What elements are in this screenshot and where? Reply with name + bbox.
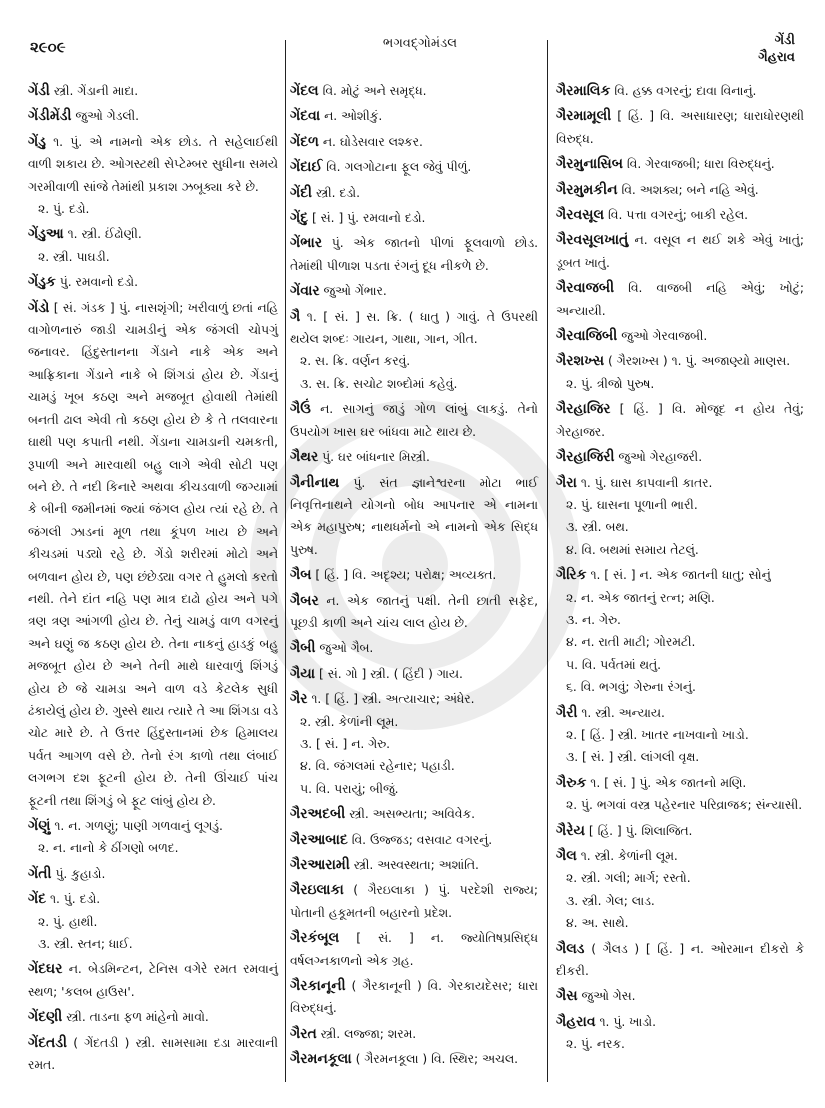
entry-headword: ગૈરમુનાસિબ (556, 156, 623, 172)
dictionary-entry: ગેંડુક પું. રમવાનો દડો. (28, 271, 278, 293)
entry-sub-sense: ૨. પું. ભગવાં વસ્ત્ર પહેરનાર પરિવ્રાજક; … (556, 794, 804, 816)
dictionary-entry: ગૈરમુનાસિબ વિ. ગેરવાજબી; ધારા વિરુદ્ધનું… (556, 153, 804, 175)
entry-definition: જુઓ ગેંભાર. (324, 284, 387, 298)
entry-sub-sense: ૨. પું. નરક. (556, 1033, 804, 1055)
entry-headword: ગૈરમુમકીન (556, 182, 618, 198)
dictionary-entry: ગેંભાર પું. એક જાતનો પીળાં ફૂલવાળો છોડ. … (290, 232, 538, 277)
entry-headword: ગેંદણી (28, 1009, 62, 1025)
entry-main-line: ગેંદુ [ સં. ] પું. રમવાનો દડો. (290, 207, 538, 229)
dictionary-entry: ગેંડી સ્ત્રી. ગેંડાની માદા. (28, 80, 278, 102)
entry-sub-sense: ૩. સ્ત્રી. ગેલ; લાડ. (556, 890, 804, 912)
entry-definition: ( ગૈરમનકૂલા ) વિ. સ્થિર; અચલ. (356, 1052, 518, 1066)
entry-definition: ન. ઓશીકું. (324, 109, 382, 123)
entry-headword: ગૈરહાજિર (556, 401, 611, 417)
dictionary-entry: ગૈસ જુઓ ગેસ. (556, 985, 804, 1007)
entry-main-line: ગેંવાર જુઓ ગેંભાર. (290, 280, 538, 302)
entry-main-line: ગેંડો [ સં. ગંડક ] પું. નાસશૃંગી; ખરીવાળ… (28, 297, 278, 812)
entry-headword: ગેંદ (28, 891, 46, 907)
entry-headword: ગૈરમનકૂલા (290, 1051, 352, 1067)
entry-headword: ગેંડુઆ (28, 226, 64, 242)
dictionary-entry: ગૈરઆબાદ વિ. ઉજ્જડ; વસવાટ વગરનું. (290, 829, 538, 851)
entry-definition: ૧. સ્ત્રી. કેળાંની લૂમ. (581, 849, 678, 863)
entry-headword: ગૈરવસૂલ (556, 207, 604, 223)
entry-definition: વિ. ઉજ્જડ; વસવાટ વગરનું. (352, 833, 493, 847)
entry-main-line: ગૈલડ ( ગૈલડ ) [ હિં. ] ન. ઓરમાન દીકરો કે… (556, 938, 804, 983)
entry-definition: જુઓ ગેરહાજરી. (618, 450, 702, 464)
entry-definition: પું. કુહાડો. (55, 867, 105, 881)
dictionary-entry: ગૈબર ન. એક જાતનું પક્ષી. તેની છાતી સફેદ,… (290, 590, 538, 635)
entry-main-line: ગૈરમાલિક વિ. હક્ક વગરનું; દાવા વિનાનું. (556, 80, 804, 102)
entry-main-line: ગૈસ જુઓ ગેસ. (556, 985, 804, 1007)
entry-main-line: ગૈથર પું. ઘર બાંધનાર મિસ્ત્રી. (290, 446, 538, 468)
dictionary-entry: ગૈર ૧. [ હિં. ] સ્ત્રી. અત્યાચાર; અંધેર.… (290, 688, 538, 800)
dictionary-entry: ગેંવાર જુઓ ગેંભાર. (290, 280, 538, 302)
dictionary-entry: ગૈરમાલિક વિ. હક્ક વગરનું; દાવા વિનાનું. (556, 80, 804, 102)
entry-headword: ગૈયા (290, 666, 315, 682)
entry-definition: ૧. [ સં. ] સ. ક્રિ. ( ધાતુ ) ગાવું. તે ઉ… (290, 310, 538, 346)
entry-definition: સ્ત્રી. અસભ્યતા; અવિવેક. (349, 807, 475, 821)
dictionary-entry: ગેંદી સ્ત્રી. દડો. (290, 182, 538, 204)
entry-headword: ગેંદળ (290, 134, 319, 150)
entry-headword: ગૈસ (556, 988, 578, 1004)
dictionary-entry: ગૈરિક ૧. [ સં. ] ન. એક જાતની ધાતુ; સોનું… (556, 564, 804, 698)
dictionary-entry: ગેંદણી સ્ત્રી. તાડના ફળ માંહેનો માવો. (28, 1006, 278, 1028)
entry-main-line: ગેંતી પું. કુહાડો. (28, 863, 278, 885)
entry-sub-sense: ૪. વિ. જંગલમાં રહેનાર; પહાડી. (290, 755, 538, 777)
entry-headword: ગૈર (290, 691, 307, 707)
entry-definition: ૧. ન. ગળણું; પાણી ગળવાનું લૂગડું. (54, 819, 223, 833)
entry-headword: ગૈરઅદબી (290, 806, 345, 822)
entry-definition: ૧. પું. એ નામનો એક છોડ. તે સહેલાઈથી વાળી… (28, 135, 278, 194)
column-2: ગેંદલ વિ. મોટું અને સમૃદ્ધ.ગેંદવા ન. ઓશી… (290, 80, 538, 1074)
column-3: ગૈરમાલિક વિ. હક્ક વગરનું; દાવા વિનાનું.ગ… (556, 80, 804, 1059)
entry-main-line: ગૈરિક ૧. [ સં. ] ન. એક જાતની ધાતુ; સોનું (556, 564, 804, 586)
entry-headword: ગેંદુ (290, 210, 308, 226)
entry-definition: વિ. હક્ક વગરનું; દાવા વિનાનું. (614, 84, 756, 98)
entry-headword: ગૈનીનાથ (290, 475, 339, 491)
entry-sub-sense: ૩. સ્ત્રી. બથ. (556, 516, 804, 538)
dictionary-entry: ગેંણું ૧. ન. ગળણું; પાણી ગળવાનું લૂગડું.… (28, 815, 278, 860)
entry-main-line: ગેંદી સ્ત્રી. દડો. (290, 182, 538, 204)
entry-headword: ગૈરશખ્સ (556, 353, 604, 369)
dictionary-entry: ગૈરા ૧. પું. ઘાસ કાપવાની કાતર.૨. પું. ઘા… (556, 472, 804, 562)
entry-main-line: ગૈહરાવ ૧. પું. ખાડો. (556, 1011, 804, 1033)
entry-definition: ન. એક જાતનું પક્ષી. તેની છાતી સફેદ, પૂછડ… (290, 594, 538, 630)
dictionary-entry: ગૈરઆરામી સ્ત્રી. અસ્વસ્થતા; અશાંતિ. (290, 854, 538, 876)
entry-main-line: ગેંદળ ન. ઘોડેસવાર લશ્કર. (290, 131, 538, 153)
dictionary-entry: ગેંદળ ન. ઘોડેસવાર લશ્કર. (290, 131, 538, 153)
entry-sub-sense: ૩. ન. ગેરુ. (556, 609, 804, 631)
column-1: ગેંડી સ્ત્રી. ગેંડાની માદા.ગેંડીમેંડી જુ… (28, 80, 278, 1079)
entry-definition: વિ. ગલગોટાના ફૂલ જેવું પીળું. (326, 160, 471, 174)
dictionary-entry: ગૈરમામૂલી [ હિં. ] વિ. અસાધારણ; ધારાધોરણ… (556, 105, 804, 150)
entry-headword: ગૈબર (290, 593, 319, 609)
dictionary-entry: ગેંદુ [ સં. ] પું. રમવાનો દડો. (290, 207, 538, 229)
entry-headword: ગૈરઆબાદ (290, 832, 348, 848)
entry-main-line: ગૈરકાનૂની ( ગૈરકાનૂની ) વિ. ગેરકાયદેસર; … (290, 975, 538, 1020)
entry-main-line: ગૈનીનાથ પું. સંત જ્ઞાનેશ્વરના મોટા ભાઈ ન… (290, 472, 538, 562)
entry-definition: ૧. [ સં. ] ન. એક જાતની ધાતુ; સોનું (590, 568, 770, 582)
entry-definition: વિ. ગેરવાજબી; ધારા વિરુદ્ધનું. (627, 157, 775, 171)
entry-main-line: ગૈરુક ૧. [ સં. ] પું. એક જાતનો મણિ. (556, 772, 804, 794)
dictionary-entry: ગેંડો [ સં. ગંડક ] પું. નાસશૃંગી; ખરીવાળ… (28, 297, 278, 812)
entry-main-line: ગેંડી સ્ત્રી. ગેંડાની માદા. (28, 80, 278, 102)
entry-sub-sense: ૨. પું. હાથી. (28, 911, 278, 933)
entry-headword: ગેંભાર (290, 235, 322, 251)
entry-main-line: ગૈરઆબાદ વિ. ઉજ્જડ; વસવાટ વગરનું. (290, 829, 538, 851)
entry-headword: ગેંદલ (290, 83, 319, 99)
dictionary-entry: ગૈરુક ૧. [ સં. ] પું. એક જાતનો મણિ.૨. પુ… (556, 772, 804, 817)
entry-main-line: ગૈરી ૧. સ્ત્રી. અન્યાય. (556, 702, 804, 724)
dictionary-entry: ગૈરી ૧. સ્ત્રી. અન્યાય.૨. [ હિં. ] સ્ત્ર… (556, 702, 804, 769)
entry-definition: વિ. અશક્ય; બને નહિ એવું. (621, 183, 758, 197)
entry-definition: ન. સાગનું જાડું ગોળ લાંબું લાકડું. તેનો … (290, 402, 538, 438)
entry-definition: [ હિં. ] વિ. અદૃશ્ય; પરોક્ષ; અવ્યક્ત. (315, 568, 496, 582)
dictionary-entry: ગૈનીનાથ પું. સંત જ્ઞાનેશ્વરના મોટા ભાઈ ન… (290, 472, 538, 562)
entry-definition: [ સં. ] પું. રમવાનો દડો. (312, 211, 425, 225)
entry-definition: જુઓ ગેસ. (581, 989, 635, 1003)
page-header: ૨૯૦૯ ભગવદ્ગોમંડલ ગેંડી ગૈહરાવ (0, 28, 825, 68)
entry-main-line: ગૈરહાજિરી જુઓ ગેરહાજરી. (556, 446, 804, 468)
entry-headword: ગેંવાર (290, 283, 320, 299)
entry-main-line: ગૈરેય [ હિં. ] પું. શિલાજિત. (556, 820, 804, 842)
entry-sub-sense: ૩. [ સં. ] ન. ગેરુ. (290, 733, 538, 755)
entry-headword: ગેંડો (28, 300, 49, 316)
entry-main-line: ગેંદવા ન. ઓશીકું. (290, 105, 538, 127)
dictionary-entry: ગેંદવા ન. ઓશીકું. (290, 105, 538, 127)
entry-main-line: ગેંદણી સ્ત્રી. તાડના ફળ માંહેનો માવો. (28, 1006, 278, 1028)
entry-headword: ગેંતી (28, 866, 52, 882)
entry-headword: ગૈરઇલાકા (290, 882, 344, 898)
entry-sub-sense: ૨. પું. ત્રીજો પુરુષ. (556, 373, 804, 395)
dictionary-entry: ગૈરવાજિબી જુઓ ગેરવાજબી. (556, 325, 804, 347)
entry-headword: ગૈરહાજિરી (556, 449, 615, 465)
entry-main-line: ગૈરમનકૂલા ( ગૈરમનકૂલા ) વિ. સ્થિર; અચલ. (290, 1048, 538, 1070)
entry-headword: ગૈરમામૂલી (556, 108, 611, 124)
entry-definition: ન. ઘોડેસવાર લશ્કર. (323, 135, 423, 149)
entry-definition: ૧. સ્ત્રી. ઈંઢોણી. (68, 227, 142, 241)
entry-definition: જુઓ ગેરવાજબી. (621, 329, 707, 343)
entry-headword: ગૈલડ (556, 941, 585, 957)
entry-sub-sense: ૨. સ. ક્રિ. વર્ણન કરવું. (290, 350, 538, 372)
entry-sub-sense: ૬. વિ. ભગવું; ગેરુના રંગનું. (556, 676, 804, 698)
entry-sub-sense: ૪. વિ. બથમાં સમાય તેટલું. (556, 539, 804, 561)
entry-headword: ગેંડુ (28, 134, 46, 150)
entry-headword: ગૈરવસૂલખાતું (556, 232, 628, 248)
dictionary-entry: ગૈબ [ હિં. ] વિ. અદૃશ્ય; પરોક્ષ; અવ્યક્ત… (290, 564, 538, 586)
entry-definition: ૧. પું. ઘાસ કાપવાની કાતર. (581, 476, 713, 490)
entry-definition: જુઓ ગેડલી. (75, 109, 139, 123)
entry-headword: ગેંદી (290, 185, 312, 201)
entry-main-line: ગેંદાઈ વિ. ગલગોટાના ફૂલ જેવું પીળું. (290, 156, 538, 178)
entry-main-line: ગેંદલ વિ. મોટું અને સમૃદ્ધ. (290, 80, 538, 102)
entry-main-line: ગૈરવસૂલ વિ. પત્તા વગરનું; બાકી રહેલ. (556, 204, 804, 226)
entry-headword: ગૈરકંબૂલ (290, 930, 339, 946)
dictionary-entry: ગેંદાઈ વિ. ગલગોટાના ફૂલ જેવું પીળું. (290, 156, 538, 178)
column-divider-left (285, 40, 286, 1082)
dictionary-entry: ગૈ ૧. [ સં. ] સ. ક્રિ. ( ધાતુ ) ગાવું. ત… (290, 306, 538, 396)
entry-definition: પું. રમવાનો દડો. (60, 275, 138, 289)
entry-main-line: ગૈરવાજિબી જુઓ ગેરવાજબી. (556, 325, 804, 347)
dictionary-entry: ગૈરવસૂલ વિ. પત્તા વગરનું; બાકી રહેલ. (556, 204, 804, 226)
entry-headword: ગૈરેય (556, 823, 585, 839)
entry-main-line: ગૈલ ૧. સ્ત્રી. કેળાંની લૂમ. (556, 845, 804, 867)
entry-main-line: ગૈરા ૧. પું. ઘાસ કાપવાની કાતર. (556, 472, 804, 494)
entry-main-line: ગૈયા [ સં. ગો ] સ્ત્રી. ( હિંદી ) ગાય. (290, 663, 538, 685)
dictionary-entry: ગૈરકાનૂની ( ગૈરકાનૂની ) વિ. ગેરકાયદેસર; … (290, 975, 538, 1020)
entry-definition: સ્ત્રી. અસ્વસ્થતા; અશાંતિ. (354, 858, 479, 872)
entry-definition: ( ગૈલડ ) [ હિં. ] ન. ઓરમાન દીકરો કે દીકર… (556, 942, 804, 978)
entry-sub-sense: ૨. સ્ત્રી. પાઘડી. (28, 246, 278, 268)
dictionary-entry: ગૈલ ૧. સ્ત્રી. કેળાંની લૂમ.૨. સ્ત્રી. ગલ… (556, 845, 804, 935)
entry-definition: [ સં. ગો ] સ્ત્રી. ( હિંદી ) ગાય. (319, 667, 463, 681)
entry-headword: ગૈરઆરામી (290, 857, 350, 873)
dictionary-entry: ગેંતી પું. કુહાડો. (28, 863, 278, 885)
page-number: ૨૯૦૯ (30, 38, 66, 56)
dictionary-entry: ગેંડુ ૧. પું. એ નામનો એક છોડ. તે સહેલાઈથ… (28, 131, 278, 221)
entry-headword: ગૈબ (290, 567, 311, 583)
entry-headword: ગૈરકાનૂની (290, 978, 346, 994)
entry-main-line: ગૈબ [ હિં. ] વિ. અદૃશ્ય; પરોક્ષ; અવ્યક્ત… (290, 564, 538, 586)
entry-main-line: ગેંડુઆ ૧. સ્ત્રી. ઈંઢોણી. (28, 223, 278, 245)
entry-definition: ૧. પું. ખાડો. (600, 1015, 657, 1029)
entry-main-line: ગેંભાર પું. એક જાતનો પીળાં ફૂલવાળો છોડ. … (290, 232, 538, 277)
dictionary-entry: ગૈરત સ્ત્રી. લજ્જા; શરમ. (290, 1023, 538, 1045)
entry-headword: ગેંદવા (290, 108, 320, 124)
entry-definition: પું. એક જાતનો પીળાં ફૂલવાળો છોડ. તેમાંથી… (290, 236, 538, 272)
entry-main-line: ગૈ ૧. [ સં. ] સ. ક્રિ. ( ધાતુ ) ગાવું. ત… (290, 306, 538, 351)
entry-sub-sense: ૫. વિ. પરાયું; બીજું. (290, 778, 538, 800)
dictionary-entry: ગેંદઘર ન. બેડમિન્ટન, ટેનિસ વગેરે રમત રમવ… (28, 958, 278, 1003)
entry-headword: ગૈરા (556, 475, 577, 491)
entry-sub-sense: ૩. સ્ત્રી. સ્તન; ધાઈ. (28, 933, 278, 955)
entry-headword: ગેંડી (28, 83, 50, 99)
entry-sub-sense: ૫. વિ. પર્વતમાં થતું. (556, 654, 804, 676)
dictionary-page: ૨૯૦૯ ભગવદ્ગોમંડલ ગેંડી ગૈહરાવ ગેંડી સ્ત્… (0, 0, 825, 1108)
entry-definition: ( ગૈરશખ્સ ) ૧. પું. અજાણ્યો માણસ. (608, 354, 790, 368)
entry-sub-sense: ૩. [ સં. ] સ્ત્રી. લાંગલી વૃક્ષ. (556, 746, 804, 768)
dictionary-entry: ગેંદતડી ( ગેંદતડી ) સ્ત્રી. સામસામા દડા … (28, 1032, 278, 1077)
dictionary-entry: ગૈઉં ન. સાગનું જાડું ગોળ લાંબું લાકડું. … (290, 398, 538, 443)
dictionary-entry: ગૈરઅદબી સ્ત્રી. અસભ્યતા; અવિવેક. (290, 803, 538, 825)
entry-headword: ગેંદાઈ (290, 159, 322, 175)
dictionary-entry: ગેંડુઆ ૧. સ્ત્રી. ઈંઢોણી.૨. સ્ત્રી. પાઘડ… (28, 223, 278, 268)
entry-headword: ગેંડીમેંડી (28, 108, 71, 124)
entry-headword: ગૈરી (556, 705, 577, 721)
dictionary-entry: ગૈરશખ્સ ( ગૈરશખ્સ ) ૧. પું. અજાણ્યો માણસ… (556, 350, 804, 395)
entry-headword: ગૈરિક (556, 567, 587, 583)
entry-main-line: ગૈરઆરામી સ્ત્રી. અસ્વસ્થતા; અશાંતિ. (290, 854, 538, 876)
entry-definition: વિ. પત્તા વગરનું; બાકી રહેલ. (608, 208, 748, 222)
entry-main-line: ગૈબી જુઓ ગૈબ. (290, 637, 538, 659)
entry-sub-sense: ૩. સ. ક્રિ. સચોટ શબ્દોમાં કહેવું. (290, 373, 538, 395)
entry-definition: ૧. [ હિં. ] સ્ત્રી. અત્યાચાર; અંધેર. (311, 692, 474, 706)
entry-headword: ગેંદતડી (28, 1035, 67, 1051)
dictionary-entry: ગૈરવાજબી વિ. વાજબી નહિ એવું; ખોટું; અન્ય… (556, 277, 804, 322)
entry-main-line: ગેંદતડી ( ગેંદતડી ) સ્ત્રી. સામસામા દડા … (28, 1032, 278, 1077)
entry-headword: ગૈહરાવ (556, 1014, 596, 1030)
entry-definition: વિ. મોટું અને સમૃદ્ધ. (323, 84, 427, 98)
entry-definition: ૧. [ સં. ] પું. એક જાતનો મણિ. (590, 776, 746, 790)
guide-words: ગેંડી ગૈહરાવ (758, 32, 795, 66)
entry-definition: સ્ત્રી. લજ્જા; શરમ. (321, 1027, 417, 1041)
dictionary-entry: ગૈબી જુઓ ગૈબ. (290, 637, 538, 659)
entry-definition: [ સં. ગંડક ] પું. નાસશૃંગી; ખરીવાળું છતા… (28, 301, 278, 808)
dictionary-entry: ગૈરવસૂલખાતું ન. વસૂલ ન થઈ શકે એવું ખાતું… (556, 229, 804, 274)
entry-definition: [ હિં. ] પું. શિલાજિત. (589, 824, 693, 838)
entry-sub-sense: ૪. અ. સાથે. (556, 912, 804, 934)
entry-definition: ન. બેડમિન્ટન, ટેનિસ વગેરે રમત રમવાનું સ્… (28, 962, 278, 998)
entry-main-line: ગૈરત સ્ત્રી. લજ્જા; શરમ. (290, 1023, 538, 1045)
entry-main-line: ગૈરમુનાસિબ વિ. ગેરવાજબી; ધારા વિરુદ્ધનું… (556, 153, 804, 175)
entry-sub-sense: ૨. ન. નાનો કે ઠીંગણો બળદ. (28, 837, 278, 859)
entry-definition: પું. ઘર બાંધનાર મિસ્ત્રી. (322, 450, 430, 464)
entry-headword: ગૈરુક (556, 775, 586, 791)
entry-main-line: ગૈરમુમકીન વિ. અશક્ય; બને નહિ એવું. (556, 179, 804, 201)
entry-main-line: ગૈબર ન. એક જાતનું પક્ષી. તેની છાતી સફેદ,… (290, 590, 538, 635)
entry-main-line: ગૈર ૧. [ હિં. ] સ્ત્રી. અત્યાચાર; અંધેર. (290, 688, 538, 710)
entry-main-line: ગેંદઘર ન. બેડમિન્ટન, ટેનિસ વગેરે રમત રમવ… (28, 958, 278, 1003)
entry-main-line: ગૈરકંબૂલ [ સં. ] ન. જ્યોતિષપ્રસિદ્ધ વર્ષ… (290, 927, 538, 972)
entry-definition: ૧. સ્ત્રી. અન્યાય. (581, 706, 665, 720)
dictionary-entry: ગૈરમનકૂલા ( ગૈરમનકૂલા ) વિ. સ્થિર; અચલ. (290, 1048, 538, 1070)
entry-main-line: ગૈરહાજિર [ હિં. ] વિ. મોજૂદ ન હોય તેવું;… (556, 398, 804, 443)
entry-definition: ૧. પું. દડો. (50, 892, 100, 906)
entry-sub-sense: ૨. ન. એક જાતનું રત્ન; મણિ. (556, 587, 804, 609)
dictionary-entry: ગૈરકંબૂલ [ સં. ] ન. જ્યોતિષપ્રસિદ્ધ વર્ષ… (290, 927, 538, 972)
entry-main-line: ગૈરવાજબી વિ. વાજબી નહિ એવું; ખોટું; અન્ય… (556, 277, 804, 322)
entry-main-line: ગૈરવસૂલખાતું ન. વસૂલ ન થઈ શકે એવું ખાતું… (556, 229, 804, 274)
entry-sub-sense: ૨. પું. દડો. (28, 198, 278, 220)
entry-definition: સ્ત્રી. ગેંડાની માદા. (54, 84, 138, 98)
entry-main-line: ગૈઉં ન. સાગનું જાડું ગોળ લાંબું લાકડું. … (290, 398, 538, 443)
dictionary-entry: ગેંદ ૧. પું. દડો.૨. પું. હાથી.૩. સ્ત્રી.… (28, 888, 278, 955)
entry-headword: ગૈરવાજબી (556, 280, 614, 296)
entry-main-line: ગેંડુક પું. રમવાનો દડો. (28, 271, 278, 293)
dictionary-entry: ગૈરઇલાકા ( ગૈરઇલાકા ) પું. પરદેશી રાજ્ય;… (290, 879, 538, 924)
entry-headword: ગૈબી (290, 640, 315, 656)
entry-headword: ગૈથર (290, 449, 318, 465)
dictionary-entry: ગૈયા [ સં. ગો ] સ્ત્રી. ( હિંદી ) ગાય. (290, 663, 538, 685)
entry-sub-sense: ૨. સ્ત્રી. કેળાંની લૂમ. (290, 711, 538, 733)
dictionary-entry: ગૈહરાવ ૧. પું. ખાડો.૨. પું. નરક. (556, 1011, 804, 1056)
dictionary-entry: ગૈરેય [ હિં. ] પું. શિલાજિત. (556, 820, 804, 842)
entry-headword: ગૈરત (290, 1026, 317, 1042)
entry-headword: ગૈરવાજિબી (556, 328, 617, 344)
dictionary-entry: ગૈથર પું. ઘર બાંધનાર મિસ્ત્રી. (290, 446, 538, 468)
entry-definition: સ્ત્રી. તાડના ફળ માંહેનો માવો. (66, 1010, 209, 1024)
guide-word-last: ગૈહરાવ (758, 49, 795, 66)
dictionary-entry: ગેંદલ વિ. મોટું અને સમૃદ્ધ. (290, 80, 538, 102)
entry-sub-sense: ૪. ન. રાતી માટી; ગોરમટી. (556, 631, 804, 653)
entry-headword: ગૈલ (556, 848, 577, 864)
entry-definition: જુઓ ગૈબ. (319, 641, 373, 655)
entry-main-line: ગેંડુ ૧. પું. એ નામનો એક છોડ. તે સહેલાઈથ… (28, 131, 278, 198)
entry-main-line: ગૈરશખ્સ ( ગૈરશખ્સ ) ૧. પું. અજાણ્યો માણસ… (556, 350, 804, 372)
entry-sub-sense: ૨. પું. ઘાસના પૂળાની ભારી. (556, 494, 804, 516)
entry-sub-sense: ૨. સ્ત્રી. ગલી; માર્ગ; રસ્તો. (556, 867, 804, 889)
guide-word-first: ગેંડી (758, 32, 795, 49)
dictionary-entry: ગૈરહાજિરી જુઓ ગેરહાજરી. (556, 446, 804, 468)
entry-main-line: ગેંદ ૧. પું. દડો. (28, 888, 278, 910)
entry-sub-sense: ૨. [ હિં. ] સ્ત્રી. ખાતર નાખવાનો ખાડો. (556, 724, 804, 746)
entry-headword: ગેંદઘર (28, 961, 62, 977)
running-title: ભગવદ્ગોમંડલ (290, 36, 550, 51)
dictionary-entry: ગૈલડ ( ગૈલડ ) [ હિં. ] ન. ઓરમાન દીકરો કે… (556, 938, 804, 983)
entry-headword: ગેંડુક (28, 274, 56, 290)
entry-main-line: ગેંડીમેંડી જુઓ ગેડલી. (28, 105, 278, 127)
entry-main-line: ગૈરઇલાકા ( ગૈરઇલાકા ) પું. પરદેશી રાજ્ય;… (290, 879, 538, 924)
entry-headword: ગૈ (290, 309, 300, 325)
entry-headword: ગેંણું (28, 818, 50, 834)
entry-definition: સ્ત્રી. દડો. (316, 186, 360, 200)
column-divider-right (547, 40, 548, 1082)
entry-main-line: ગેંણું ૧. ન. ગળણું; પાણી ગળવાનું લૂગડું. (28, 815, 278, 837)
dictionary-entry: ગૈરહાજિર [ હિં. ] વિ. મોજૂદ ન હોય તેવું;… (556, 398, 804, 443)
dictionary-entry: ગૈરમુમકીન વિ. અશક્ય; બને નહિ એવું. (556, 179, 804, 201)
dictionary-entry: ગેંડીમેંડી જુઓ ગેડલી. (28, 105, 278, 127)
entry-headword: ગૈઉં (290, 401, 311, 417)
entry-main-line: ગૈરઅદબી સ્ત્રી. અસભ્યતા; અવિવેક. (290, 803, 538, 825)
entry-headword: ગૈરમાલિક (556, 83, 610, 99)
entry-main-line: ગૈરમામૂલી [ હિં. ] વિ. અસાધારણ; ધારાધોરણ… (556, 105, 804, 150)
